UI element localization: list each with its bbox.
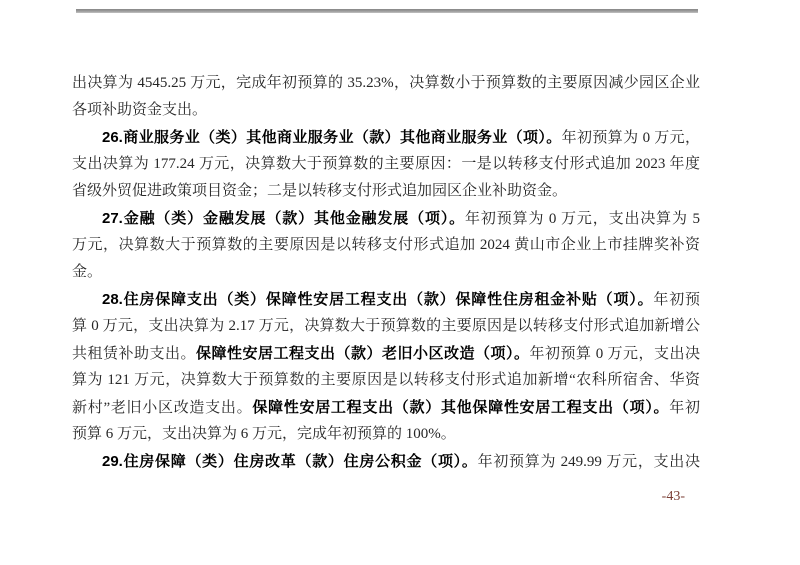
body-text-segment: 支出决算为 177.24 万元，决算数大于预算数的主要原因：一是以转移支付形式追…: [72, 156, 700, 172]
body-text-segment: 出决算为 4545.25 万元，完成年初预算的 35.23%，决算数小于预算数的…: [72, 75, 700, 91]
text-line: 出决算为 4545.25 万元，完成年初预算的 35.23%，决算数小于预算数的…: [72, 70, 700, 97]
text-line: 省级外贸促进政策项目资金；二是以转移支付形式追加园区企业补助资金。: [72, 178, 700, 205]
section-heading-segment: 保障性安居工程支出（款）其他保障性安居工程支出（项）。: [252, 399, 669, 416]
body-text-segment: 新村”老旧小区改造支出。: [72, 400, 252, 416]
text-line: 算 0 万元，支出决算为 2.17 万元，决算数大于预算数的主要原因是以转移支付…: [72, 313, 700, 340]
text-line: 预算 6 万元，支出决算为 6 万元，完成年初预算的 100%。: [72, 421, 700, 448]
body-text-segment: 预算 6 万元，支出决算为 6 万元，完成年初预算的 100%。: [72, 426, 456, 442]
body-text-segment: 金。: [72, 264, 102, 280]
body-text-segment: 万元，决算数大于预算数的主要原因是以转移支付形式追加 2024 黄山市企业上市挂…: [72, 237, 700, 253]
page-number: -43-: [662, 488, 685, 506]
text-line: 28.住房保障支出（类）保障性安居工程支出（款）保障性住房租金补贴（项）。年初预: [72, 286, 700, 313]
body-text-segment: 年初预算为 249.99 万元，支出决: [478, 454, 700, 470]
text-line: 27.金融（类）金融发展（款）其他金融发展（项）。年初预算为 0 万元，支出决算…: [72, 205, 700, 232]
text-line: 支出决算为 177.24 万元，决算数大于预算数的主要原因：一是以转移支付形式追…: [72, 151, 700, 178]
section-heading-segment: 29.住房保障（类）住房改革（款）住房公积金（项）。: [102, 453, 478, 470]
section-heading-segment: 28.住房保障支出（类）保障性安居工程支出（款）保障性住房租金补贴（项）。: [102, 291, 653, 308]
body-text-segment: 年初预算为 0 万元，: [562, 130, 700, 146]
section-heading-segment: 27.金融（类）金融发展（款）其他金融发展（项）。: [102, 210, 465, 227]
text-line: 新村”老旧小区改造支出。保障性安居工程支出（款）其他保障性安居工程支出（项）。年…: [72, 394, 700, 421]
text-line: 共租赁补助支出。保障性安居工程支出（款）老旧小区改造（项）。年初预算 0 万元，…: [72, 340, 700, 367]
body-text-segment: 算 0 万元，支出决算为 2.17 万元，决算数大于预算数的主要原因是以转移支付…: [72, 318, 700, 334]
header-divider: [76, 9, 698, 13]
body-text-segment: 年初: [669, 400, 700, 416]
body-text-segment: 各项补助资金支出。: [72, 102, 207, 118]
section-heading-segment: 保障性安居工程支出（款）老旧小区改造（项）。: [196, 345, 529, 362]
body-text-segment: 算为 121 万元，决算数大于预算数的主要原因是以转移支付形式追加新增“农科所宿…: [72, 372, 700, 388]
text-line: 各项补助资金支出。: [72, 97, 700, 124]
body-text-segment: 共租赁补助支出。: [72, 346, 196, 362]
text-line: 26.商业服务业（类）其他商业服务业（款）其他商业服务业（项）。年初预算为 0 …: [72, 124, 700, 151]
text-line: 算为 121 万元，决算数大于预算数的主要原因是以转移支付形式追加新增“农科所宿…: [72, 367, 700, 394]
text-line: 万元，决算数大于预算数的主要原因是以转移支付形式追加 2024 黄山市企业上市挂…: [72, 232, 700, 259]
body-text-segment: 年初预: [653, 292, 700, 308]
document-body: 出决算为 4545.25 万元，完成年初预算的 35.23%，决算数小于预算数的…: [72, 70, 700, 475]
section-heading-segment: 26.商业服务业（类）其他商业服务业（款）其他商业服务业（项）。: [102, 129, 562, 146]
body-text-segment: 年初预算 0 万元，支出决: [529, 346, 700, 362]
body-text-segment: 年初预算为 0 万元，支出决算为 5: [465, 211, 700, 227]
text-line: 金。: [72, 259, 700, 286]
document-page: 出决算为 4545.25 万元，完成年初预算的 35.23%，决算数小于预算数的…: [0, 0, 800, 565]
text-line: 29.住房保障（类）住房改革（款）住房公积金（项）。年初预算为 249.99 万…: [72, 448, 700, 475]
body-text-segment: 省级外贸促进政策项目资金；二是以转移支付形式追加园区企业补助资金。: [72, 183, 567, 199]
